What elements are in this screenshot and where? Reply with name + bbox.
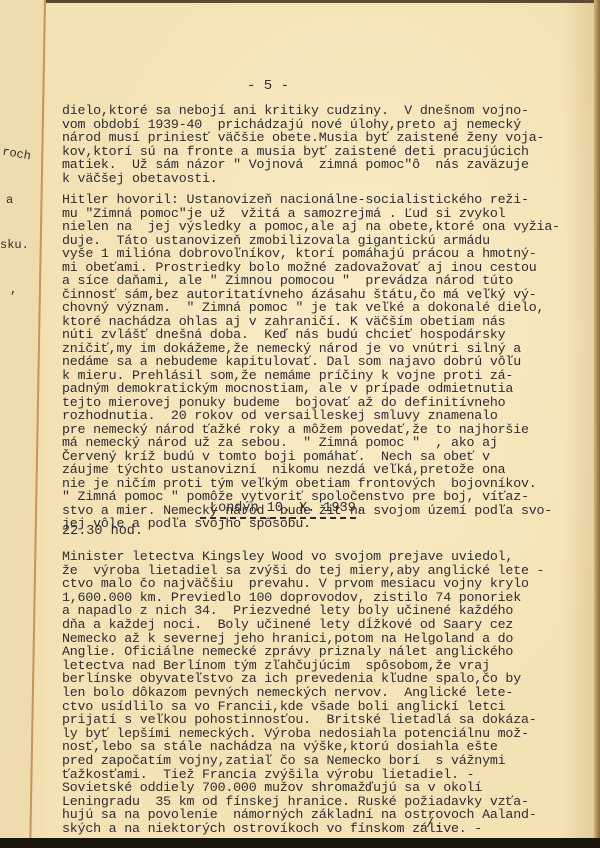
- text-line: prijatí s veľkou pohostinnosťou. Britské…: [62, 713, 572, 727]
- text-line: zničiť,my im dokážeme,že nemecký národ j…: [62, 342, 562, 356]
- scanned-page: roch a sku. , - 5 - dielo,ktoré sa neboj…: [0, 0, 600, 840]
- text-line: Nemecko až k severnej jeho hranici,potom…: [62, 632, 572, 646]
- text-line: 1,600.000 km. Previedlo 100 doprovodov, …: [62, 591, 572, 605]
- text-line: činnosť sám,bez autoritatívneho ázásahu …: [62, 288, 562, 302]
- text-line: ly byť lepšími nemeckých. Výroba nedosia…: [62, 727, 572, 741]
- page-top-edge: [0, 0, 600, 3]
- text-line: hujú sa na povolenie námorných základní …: [62, 808, 572, 822]
- text-line: berlínske obyvateľstvo za ich prevedenia…: [62, 672, 572, 686]
- text-line: má nemecký národ už za sebou. " Zimná po…: [62, 436, 562, 450]
- dateline-heading: Londýn 10. X. 1939.: [210, 501, 364, 516]
- text-line: pre nemecký národ ťažké roky a môžem pov…: [62, 423, 562, 437]
- text-line: že výroba lietadiel sa zvýši do tej mier…: [62, 564, 572, 578]
- text-line: Hitler hovoril: Ustanovizeň nacionálne-s…: [62, 193, 562, 207]
- text-line: Anglie. Oficiálne nemecké zprávy priznal…: [62, 645, 572, 659]
- text-line: vom období 1939-40 prichádzajú nové úloh…: [62, 118, 562, 132]
- text-line: mu "Zimná pomoc"je už vžitá a samozrejmá…: [62, 207, 562, 221]
- text-line: a napadlo z nich 34. Priezvedné lety bol…: [62, 604, 572, 618]
- text-line: kov,ktorí sú na fronte a musia byť zaist…: [62, 145, 562, 159]
- continuation-mark: ./.: [418, 817, 442, 832]
- text-line: ských a na niektorých ostrovíkoch vo fín…: [62, 822, 572, 836]
- text-line: letectva nad Berlínom tým zľahčujúcim sp…: [62, 659, 572, 673]
- time-stamp: 22.30 hod.: [62, 524, 143, 539]
- text-line: k mieru. Prehlásil som,že nemáme príčiny…: [62, 369, 562, 383]
- margin-note-line: roch: [1, 145, 43, 167]
- dateline-underline: [200, 517, 356, 519]
- text-line: tejto mierovej ponuky budeme bojovať až …: [62, 396, 562, 410]
- text-line: nie je ničím proti tým veľkým obetiam fr…: [62, 477, 562, 491]
- text-line: núti zvlášť dnešná doba. Keď nás budú ch…: [62, 328, 562, 342]
- paragraph-winter-relief: dielo,ktoré sa nebojí ani kritiky cudzin…: [62, 104, 562, 185]
- text-line: Leningradu 35 km od fínskej hranice. Rus…: [62, 795, 572, 809]
- paragraph-london-report: Minister letectva Kingsley Wood vo svojo…: [62, 550, 572, 835]
- text-line: Minister letectva Kingsley Wood vo svojo…: [62, 550, 572, 564]
- text-line: záujme týchto ustanovizní nikomu nezdá v…: [62, 463, 562, 477]
- text-line: k väčšej obetavosti.: [62, 172, 562, 186]
- facing-page-margin-text: roch a sku. ,: [0, 118, 42, 328]
- text-line: mi obeťami. Prostriedky bolo možné zadov…: [62, 261, 562, 275]
- text-line: ctvo malo čo najväčšiu prevahu. V prvom …: [62, 577, 572, 591]
- margin-note-line: sku.: [0, 238, 42, 253]
- text-line: ctvo usídlilo sa vo Francii,kde všade bo…: [62, 700, 572, 714]
- text-line: matiek. Už sám názor " Vojnová zimná pom…: [62, 158, 562, 172]
- text-line: padným demokratickým mocnostiam, ale v p…: [62, 382, 562, 396]
- text-line: rozhodnutia. 20 rokov od versailleskej s…: [62, 409, 562, 423]
- text-line: chovný význam. " Zimná pomoc " je tak ve…: [62, 301, 562, 315]
- text-line: dňa a každej noci. Boly učinené lety dĺž…: [62, 618, 572, 632]
- text-line: ťažkosťami. Tiež Francia zvýšila výrobu …: [62, 768, 572, 782]
- text-line: nedáme sa a nebudeme kapitulovať. Dal so…: [62, 355, 562, 369]
- paragraph-hitler-speech: Hitler hovoril: Ustanovizeň nacionálne-s…: [62, 193, 562, 531]
- page-right-edge: [594, 0, 600, 840]
- section-2-text: Minister letectva Kingsley Wood vo svojo…: [62, 550, 572, 835]
- text-line: ktoré nachádza ohlas aj v zahraničí. K v…: [62, 315, 562, 329]
- margin-note-line: ,: [10, 283, 42, 298]
- text-line: len bolo dôkazom pevných nemeckých nervo…: [62, 686, 572, 700]
- section-1-text: dielo,ktoré sa nebojí ani kritiky cudzin…: [62, 104, 562, 531]
- scan-bottom-border: [0, 838, 600, 848]
- text-line: vyše 1 milióna dobrovoľníkov, ktorí pomá…: [62, 247, 562, 261]
- text-line: Červený kríž budú v tomto boji pomáhať. …: [62, 450, 562, 464]
- text-line: duje. Táto ustanovizeň zmobilizovala gig…: [62, 234, 562, 248]
- text-line: dielo,ktoré sa nebojí ani kritiky cudzin…: [62, 104, 562, 118]
- text-line: nosť,lebo sa stále nachádza na výške,kto…: [62, 740, 572, 754]
- text-line: nielen na jej výsledky a pomoc,ale aj na…: [62, 220, 562, 234]
- text-line: pred započatím vojny,zatiaľ čo sa Nemeck…: [62, 754, 572, 768]
- margin-note-line: a: [6, 193, 42, 208]
- text-line: a síce daňami, ale " Zimnou pomocou " pr…: [62, 274, 562, 288]
- text-line: Sovietské oddiely 700.000 mužov shromažď…: [62, 781, 572, 795]
- text-line: národ musí priniesť väčšie obete.Musia b…: [62, 131, 562, 145]
- page-number: - 5 -: [238, 78, 298, 94]
